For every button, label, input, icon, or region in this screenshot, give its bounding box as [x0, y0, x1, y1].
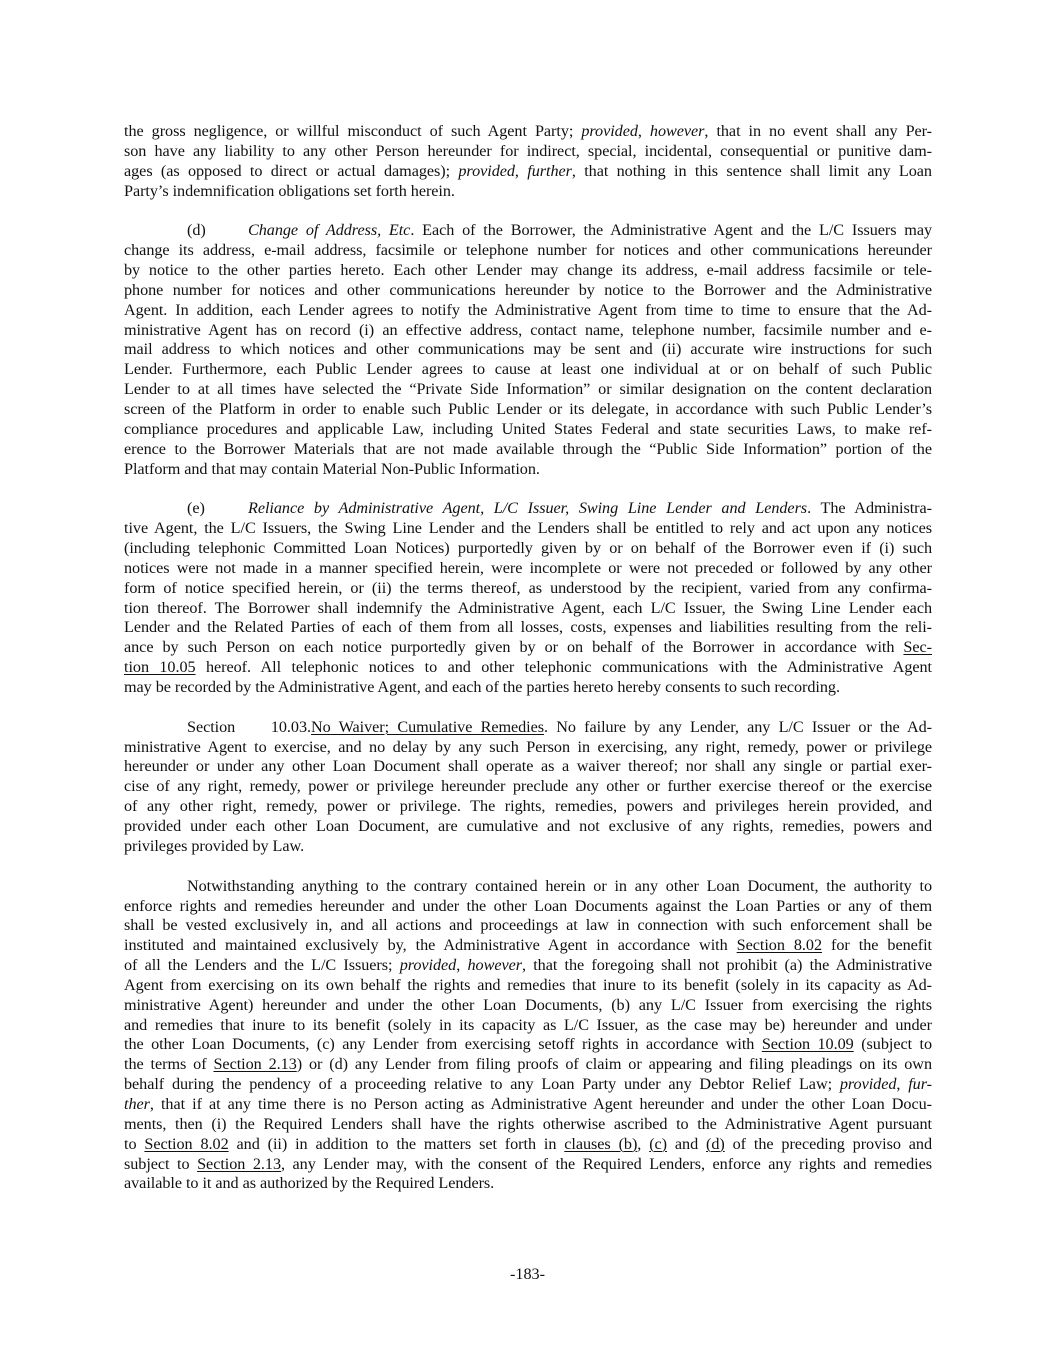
cross-reference-link[interactable]: clauses (b): [564, 1135, 637, 1153]
text-line: provided under each other Loan Document,…: [124, 817, 932, 837]
text-line: (including telephonic Committed Loan Not…: [124, 539, 932, 559]
text-line: Lender and the Related Parties of each o…: [124, 618, 932, 638]
page-number: -183-: [0, 1264, 1055, 1284]
text-line: Notwithstanding anything to the contrary…: [124, 877, 932, 897]
text-line: ments, then (i) the Required Lenders sha…: [124, 1115, 932, 1135]
cross-reference-link[interactable]: (c): [649, 1135, 667, 1153]
text-line: the terms of Section 2.13) or (d) any Le…: [124, 1055, 932, 1075]
text-line: behalf during the pendency of a proceedi…: [124, 1075, 932, 1095]
text-line: compliance procedures and applicable Law…: [124, 420, 932, 440]
text-line: phone number for notices and other commu…: [124, 281, 932, 301]
text-line: ministrative Agent) hereunder and under …: [124, 996, 932, 1016]
text-line: and remedies that inure to its benefit (…: [124, 1016, 932, 1036]
text-line: subject to Section 2.13, any Lender may,…: [124, 1155, 932, 1175]
text-line: of any other right, remedy, power or pri…: [124, 797, 932, 817]
text-line: Agent. In addition, each Lender agrees t…: [124, 301, 932, 321]
text-line: change its address, e-mail address, facs…: [124, 241, 932, 261]
text-line: the other Loan Documents, (c) any Lender…: [124, 1035, 932, 1055]
paragraph-notwithstanding: Notwithstanding anything to the contrary…: [124, 877, 932, 1195]
clause-label: (e): [187, 499, 248, 519]
paragraph-section-10-03-no-waiver: Section 10.03.No Waiver; Cumulative Reme…: [124, 718, 932, 857]
text-line: Agent from exercising on its own behalf …: [124, 976, 932, 996]
paragraph-clause-d-change-of-address: (d)Change of Address, Etc. Each of the B…: [124, 221, 932, 479]
text-line: shall be vested exclusively in, and all …: [124, 916, 932, 936]
italic-term: provided: [581, 122, 638, 140]
italic-term: further: [527, 162, 572, 180]
text-line: erence to the Borrower Materials that ar…: [124, 440, 932, 460]
text-line: Party’s indemnification obligations set …: [124, 182, 932, 202]
text-line: available to it and as authorized by the…: [124, 1174, 932, 1194]
clause-label: (d): [187, 221, 248, 241]
italic-term: ther: [124, 1095, 150, 1113]
text-line: Lender to at all times have selected the…: [124, 380, 932, 400]
text-line: form of notice specified herein, or (ii)…: [124, 579, 932, 599]
text-line: notices were not made in a manner specif…: [124, 559, 932, 579]
cross-reference-link[interactable]: Section 2.13: [213, 1055, 296, 1073]
cross-reference-link[interactable]: Sec-: [903, 638, 932, 656]
cross-reference-link[interactable]: Section 2.13: [197, 1155, 281, 1173]
italic-term: Reliance by Administrative Agent, L/C Is…: [248, 499, 807, 517]
text-line: ages (as opposed to direct or actual dam…: [124, 162, 932, 182]
text-line: the gross negligence, or willful miscond…: [124, 122, 932, 142]
text-line: (d)Change of Address, Etc. Each of the B…: [124, 221, 932, 241]
cross-reference-link[interactable]: No Waiver; Cumulative Remedies: [311, 718, 544, 736]
document-body: the gross negligence, or willful miscond…: [124, 122, 932, 1214]
document-page: the gross negligence, or willful miscond…: [0, 0, 1055, 1365]
text-line: by notice to the other parties hereto. E…: [124, 261, 932, 281]
text-line: ministrative Agent to exercise, and no d…: [124, 738, 932, 758]
section-number: Section 10.03.: [187, 718, 311, 738]
italic-term: provided: [400, 956, 457, 974]
cross-reference-link[interactable]: Section 8.02: [144, 1135, 228, 1153]
text-line: Lender. Furthermore, each Public Lender …: [124, 360, 932, 380]
cross-reference-link[interactable]: (d): [706, 1135, 725, 1153]
paragraph-continuation: the gross negligence, or willful miscond…: [124, 122, 932, 201]
text-line: son have any liability to any other Pers…: [124, 142, 932, 162]
italic-term: however: [650, 122, 705, 140]
italic-term: however: [467, 956, 522, 974]
text-line: tive Agent, the L/C Issuers, the Swing L…: [124, 519, 932, 539]
text-line: privileges provided by Law.: [124, 837, 932, 857]
text-line: hereunder or under any other Loan Docume…: [124, 757, 932, 777]
italic-term: provided: [458, 162, 515, 180]
text-line: Platform and that may contain Material N…: [124, 460, 932, 480]
cross-reference-link[interactable]: Section 10.09: [762, 1035, 854, 1053]
paragraph-clause-e-reliance: (e)Reliance by Administrative Agent, L/C…: [124, 499, 932, 697]
text-line: of all the Lenders and the L/C Issuers; …: [124, 956, 932, 976]
text-line: ministrative Agent has on record (i) an …: [124, 321, 932, 341]
italic-term: fur-: [908, 1075, 932, 1093]
text-line: Section 10.03.No Waiver; Cumulative Reme…: [124, 718, 932, 738]
text-line: instituted and maintained exclusively by…: [124, 936, 932, 956]
text-line: tion thereof. The Borrower shall indemni…: [124, 599, 932, 619]
italic-term: Change of Address, Etc: [248, 221, 410, 239]
text-line: screen of the Platform in order to enabl…: [124, 400, 932, 420]
text-line: to Section 8.02 and (ii) in addition to …: [124, 1135, 932, 1155]
text-line: (e)Reliance by Administrative Agent, L/C…: [124, 499, 932, 519]
text-line: cise of any right, remedy, power or priv…: [124, 777, 932, 797]
text-line: ance by such Person on each notice purpo…: [124, 638, 932, 658]
cross-reference-link[interactable]: tion 10.05: [124, 658, 196, 676]
text-line: enforce rights and remedies hereunder an…: [124, 897, 932, 917]
text-line: mail address to which notices and other …: [124, 340, 932, 360]
italic-term: provided: [840, 1075, 897, 1093]
text-line: tion 10.05 hereof. All telephonic notice…: [124, 658, 932, 678]
text-line: ther, that if at any time there is no Pe…: [124, 1095, 932, 1115]
text-line: may be recorded by the Administrative Ag…: [124, 678, 932, 698]
cross-reference-link[interactable]: Section 8.02: [737, 936, 822, 954]
